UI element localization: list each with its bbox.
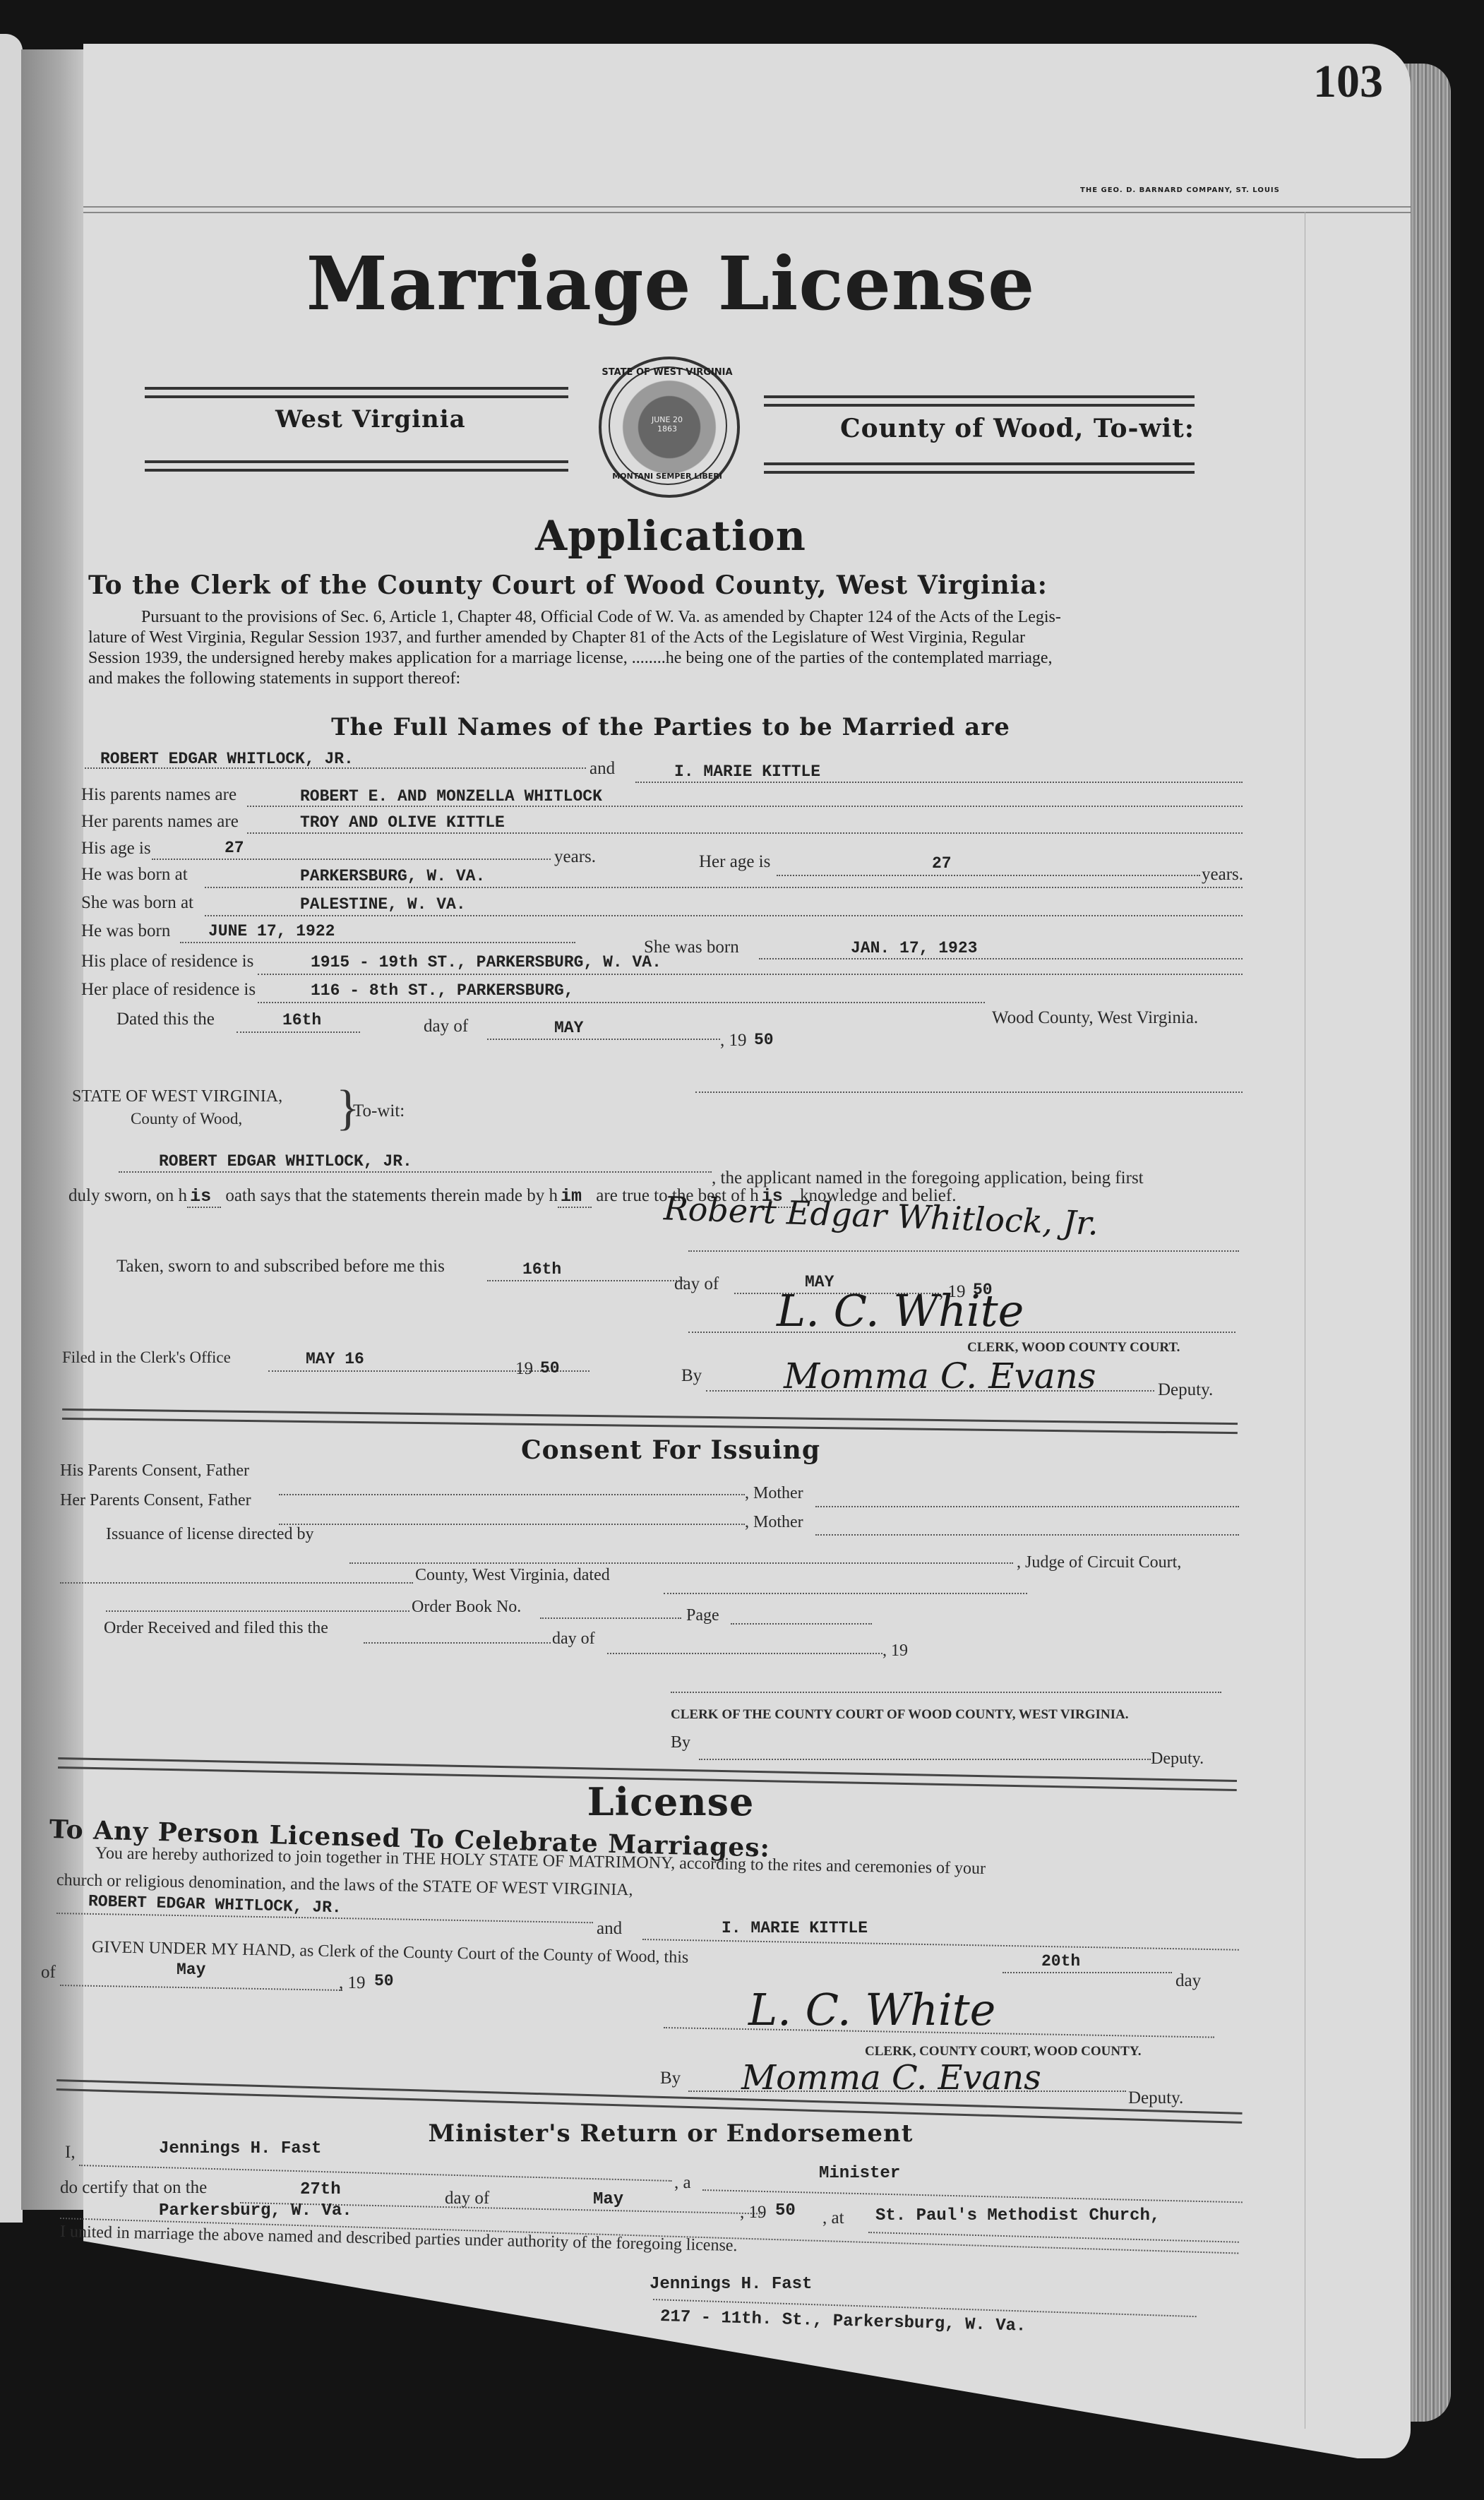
filed-year-value: 50 — [540, 1359, 560, 1377]
day-of-label: day of — [424, 1017, 468, 1036]
header-rule — [83, 212, 1411, 213]
seal-center-text: JUNE 20 1863 — [646, 415, 688, 433]
a-label: , a — [674, 2173, 691, 2193]
of-label: of — [41, 1963, 56, 1982]
he-born-line — [180, 941, 575, 943]
issuance-line — [349, 1562, 1013, 1564]
his-residence-value: 1915 - 19th ST., PARKERSBURG, W. VA. — [311, 953, 662, 971]
year-prefix: , 19 — [882, 1641, 908, 1661]
page-label: Page — [686, 1606, 719, 1625]
given-month-value: May — [176, 1961, 205, 1979]
seal-top-text: STATE OF WEST VIRGINIA — [600, 367, 734, 378]
margin-rule — [1305, 212, 1305, 2429]
years-label: years. — [1202, 865, 1243, 885]
deputy-label: Deputy. — [1151, 1750, 1204, 1769]
his-consent-label: His Parents Consent, Father — [60, 1461, 249, 1481]
she-born-value: JAN. 17, 1923 — [851, 939, 977, 957]
preamble-line: Pursuant to the provisions of Sec. 6, Ar… — [88, 607, 1260, 628]
preamble-line: lature of West Virginia, Regular Session… — [88, 628, 1260, 648]
his-age-value: 27 — [225, 839, 244, 857]
dated-month-line — [487, 1038, 720, 1040]
issuance-label: Issuance of license directed by — [106, 1525, 314, 1544]
header-rule — [83, 206, 1411, 208]
day-of-label: day of — [552, 1629, 595, 1649]
dated-day-line — [237, 1031, 360, 1033]
location-suffix: Wood County, West Virginia. — [992, 1008, 1198, 1028]
applicant-name-line — [119, 1171, 712, 1173]
by-label: By — [671, 1733, 690, 1752]
she-born-at-label: She was born at — [81, 893, 193, 913]
applicant-signature-line — [688, 1250, 1239, 1252]
county-label: County of Wood, To-wit: — [840, 414, 1195, 443]
order-book-line — [540, 1617, 681, 1619]
her-consent-label: Her Parents Consent, Father — [60, 1491, 251, 1510]
his-father-line — [279, 1493, 745, 1495]
she-born-at-line — [205, 914, 1243, 916]
license-clerk-title: CLERK, COUNTY COURT, WOOD COUNTY. — [865, 2044, 1142, 2059]
consent-clerk-title: CLERK OF THE COUNTY COURT OF WOOD COUNTY… — [671, 1707, 1128, 1723]
license-bride-name: I. MARIE KITTLE — [722, 1919, 868, 1937]
city-value: Parkersburg, W. Va. — [159, 2201, 352, 2220]
her-parents-label: Her parents names are — [81, 812, 239, 832]
oath-pronoun: is — [187, 1186, 221, 1208]
her-residence-line — [258, 1001, 985, 1003]
order-received-label: Order Received and filed this the — [104, 1619, 328, 1638]
band-rule — [145, 387, 568, 398]
order-month-line — [607, 1652, 882, 1654]
application-addressee: To the Clerk of the County Court of Wood… — [88, 570, 1048, 600]
her-age-line — [777, 874, 1200, 876]
oath-text: oath says that the statements therein ma… — [225, 1186, 558, 1205]
judge-label: , Judge of Circuit Court, — [1017, 1553, 1181, 1572]
her-parents-value: TROY AND OLIVE KITTLE — [300, 813, 505, 832]
and-label: and — [597, 1919, 622, 1939]
deputy-label: Deputy. — [1128, 2088, 1183, 2108]
his-parents-value: ROBERT E. AND MONZELLA WHITLOCK — [300, 787, 602, 806]
bride-name: I. MARIE KITTLE — [674, 762, 820, 781]
minister-signature-name: Jennings H. Fast — [650, 2275, 812, 2294]
county-dated-label: County, West Virginia, dated — [415, 1566, 610, 1585]
he-born-at-line — [205, 886, 1243, 888]
his-residence-line — [258, 973, 1243, 975]
document-title: Marriage License — [0, 240, 1341, 327]
facing-page-edge — [0, 34, 23, 2223]
band-rule — [145, 460, 568, 472]
he-born-label: He was born — [81, 921, 170, 941]
his-residence-label: His place of residence is — [81, 952, 253, 971]
and-label: and — [590, 759, 615, 779]
given-year-value: 50 — [374, 1972, 394, 1990]
filed-date-value: MAY 16 — [306, 1350, 364, 1368]
her-residence-value: 116 - 8th ST., PARKERSBURG, — [311, 981, 574, 1000]
her-mother-line — [815, 1533, 1239, 1536]
filed-label: Filed in the Clerk's Office — [62, 1348, 231, 1367]
sworn-label: Taken, sworn to and subscribed before me… — [116, 1257, 445, 1276]
dated-label: Dated this the — [116, 1010, 215, 1029]
day-label: day — [1175, 1971, 1201, 1991]
bride-name-line — [635, 781, 1243, 783]
seal-motto: MONTANI SEMPER LIBERI — [600, 472, 734, 481]
church-value: St. Paul's Methodist Church, — [875, 2206, 1160, 2225]
filed-year-prefix: 19 — [515, 1359, 533, 1379]
deputy-label: Deputy. — [1158, 1380, 1213, 1400]
he-born-at-value: PARKERSBURG, W. VA. — [300, 867, 485, 885]
license-deputy-line — [688, 2090, 1126, 2092]
clerk-signature: L. C. White — [777, 1285, 1024, 1336]
she-born-line — [759, 957, 1243, 959]
years-label: years. — [554, 847, 596, 867]
towit-label: To-wit: — [353, 1101, 405, 1121]
her-father-line — [279, 1523, 745, 1525]
preamble-line: Session 1939, the undersigned hereby mak… — [88, 648, 1260, 669]
year-prefix: , 19 — [740, 2203, 767, 2223]
sworn-day-line — [487, 1279, 685, 1281]
mother-label: , Mother — [745, 1513, 803, 1532]
order-line — [106, 1610, 409, 1612]
wedding-day-value: 27th — [300, 2180, 341, 2199]
his-age-line — [152, 858, 551, 860]
i-label: I, — [65, 2143, 76, 2163]
preamble-line: and makes the following statements in su… — [88, 669, 1260, 689]
band-rule — [764, 462, 1195, 474]
state-label: West Virginia — [275, 405, 466, 433]
day-of-label: day of — [674, 1274, 719, 1294]
year-prefix: , 19 — [339, 1973, 366, 1993]
she-born-at-value: PALESTINE, W. VA. — [300, 895, 466, 914]
license-heading: License — [0, 1779, 1341, 1824]
dated-line — [664, 1592, 1027, 1594]
names-heading: The Full Names of the Parties to be Marr… — [0, 713, 1341, 741]
sworn-day-value: 16th — [522, 1260, 561, 1279]
certify-label: do certify that on the — [60, 2178, 207, 2198]
her-residence-label: Her place of residence is — [81, 980, 256, 1000]
order-day-line — [364, 1641, 551, 1644]
oath-pronoun: im — [558, 1186, 592, 1208]
consent-heading: Consent For Issuing — [0, 1435, 1341, 1465]
her-age-value: 27 — [932, 854, 952, 873]
groom-name: ROBERT EDGAR WHITLOCK, JR. — [100, 750, 354, 768]
signature-line — [695, 1091, 1243, 1093]
applicant-suffix: , the applicant named in the foregoing a… — [712, 1168, 1144, 1188]
dated-day-value: 16th — [282, 1011, 321, 1029]
he-born-value: JUNE 17, 1922 — [208, 922, 335, 940]
year-prefix: , 19 — [720, 1031, 747, 1051]
given-day-line — [1003, 1971, 1172, 1973]
clerk-title: CLERK, WOOD COUNTY COURT. — [967, 1340, 1180, 1356]
order-book-label: Order Book No. — [412, 1598, 521, 1617]
wedding-year-value: 50 — [775, 2201, 796, 2220]
day-of-label: day of — [445, 2189, 489, 2208]
affidavit-state-label: STATE OF WEST VIRGINIA, — [72, 1087, 282, 1106]
county-line — [60, 1581, 413, 1584]
clerk-signature-line — [688, 1331, 1235, 1333]
application-preamble: Pursuant to the provisions of Sec. 6, Ar… — [88, 607, 1260, 689]
at-label: , at — [822, 2208, 844, 2228]
minister-name: Jennings H. Fast — [159, 2139, 321, 2158]
consent-clerk-line — [671, 1691, 1221, 1693]
wedding-month-value: May — [593, 2190, 623, 2209]
oath-text: duly sworn, on h — [68, 1186, 187, 1205]
mother-label: , Mother — [745, 1484, 803, 1503]
dated-month-value: MAY — [554, 1019, 583, 1037]
page-line — [731, 1622, 872, 1625]
his-mother-line — [815, 1505, 1239, 1507]
her-age-label: Her age is — [699, 852, 770, 872]
he-born-at-label: He was born at — [81, 865, 188, 885]
dated-year-value: 50 — [754, 1031, 774, 1049]
given-day-value: 20th — [1041, 1952, 1080, 1970]
consent-deputy-line — [699, 1758, 1151, 1760]
band-rule — [764, 395, 1195, 407]
her-parents-line — [247, 832, 1243, 834]
affidavit-county-label: County of Wood, — [131, 1110, 242, 1128]
his-age-label: His age is — [81, 839, 151, 859]
affidavit-applicant-name: ROBERT EDGAR WHITLOCK, JR. — [159, 1152, 412, 1171]
page-number: 103 — [1313, 55, 1383, 109]
by-label: By — [681, 1366, 702, 1386]
printer-imprint: THE GEO. D. BARNARD COMPANY, ST. LOUIS — [1080, 186, 1280, 194]
his-parents-label: His parents names are — [81, 785, 237, 805]
application-heading: Application — [0, 512, 1341, 560]
deputy-signature: Momma C. Evans — [784, 1356, 1096, 1396]
by-label: By — [660, 2069, 681, 2088]
minister-title: Minister — [819, 2164, 900, 2183]
